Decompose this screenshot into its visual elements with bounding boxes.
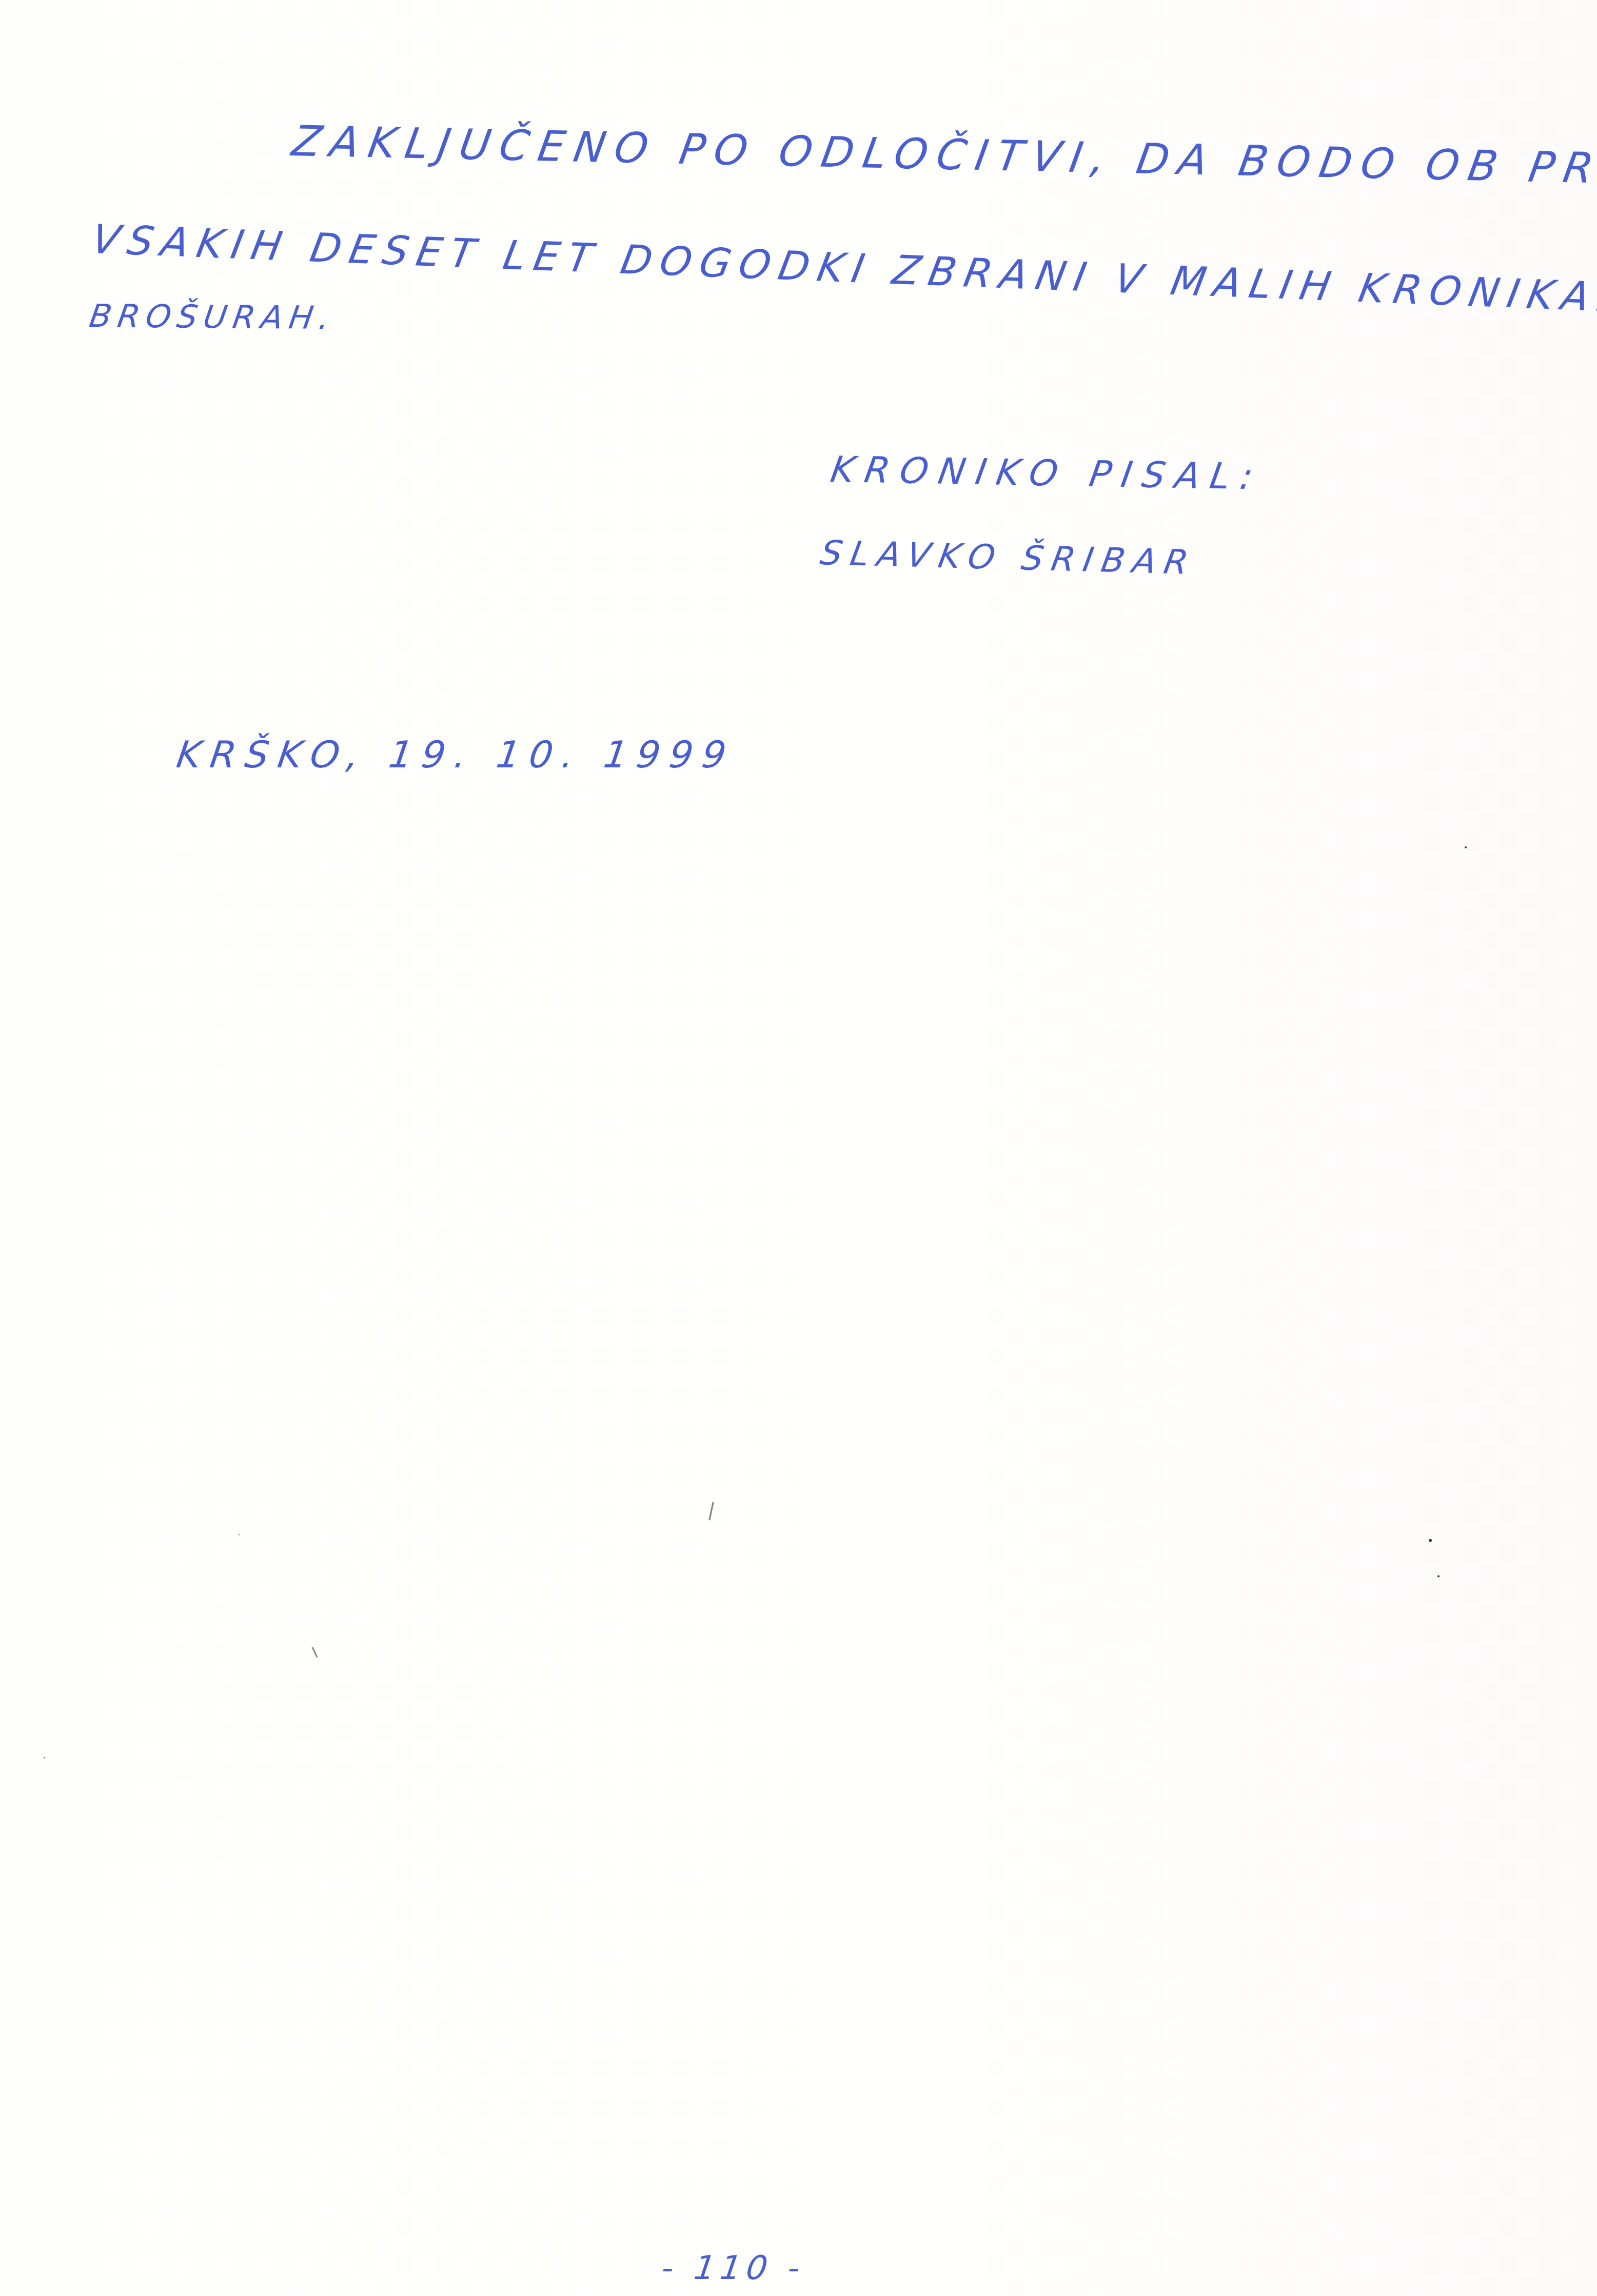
scan-speck (1465, 846, 1467, 848)
body-line-1: ZAKLJUČENO PO ODLOČITVI, DA BODO OB PRAZ… (289, 121, 1597, 197)
scan-speck (1437, 1575, 1440, 1577)
scan-speck (239, 1534, 240, 1535)
body-line-3: BROŠURAH. (87, 300, 338, 334)
scan-speck (44, 1757, 45, 1758)
scan-speck (1429, 1539, 1432, 1542)
signature-name: SLAVKO ŠRIBAR (818, 536, 1198, 580)
scan-mark (311, 1647, 318, 1657)
scanned-page: ZAKLJUČENO PO ODLOČITVI, DA BODO OB PRAZ… (0, 0, 1597, 2296)
page-number: - 110 - (660, 2252, 807, 2285)
scan-mark (708, 1502, 714, 1520)
signature-label: KRONIKO PISAL: (828, 451, 1266, 495)
place-and-date: KRŠKO, 19. 10. 1999 (174, 736, 738, 773)
